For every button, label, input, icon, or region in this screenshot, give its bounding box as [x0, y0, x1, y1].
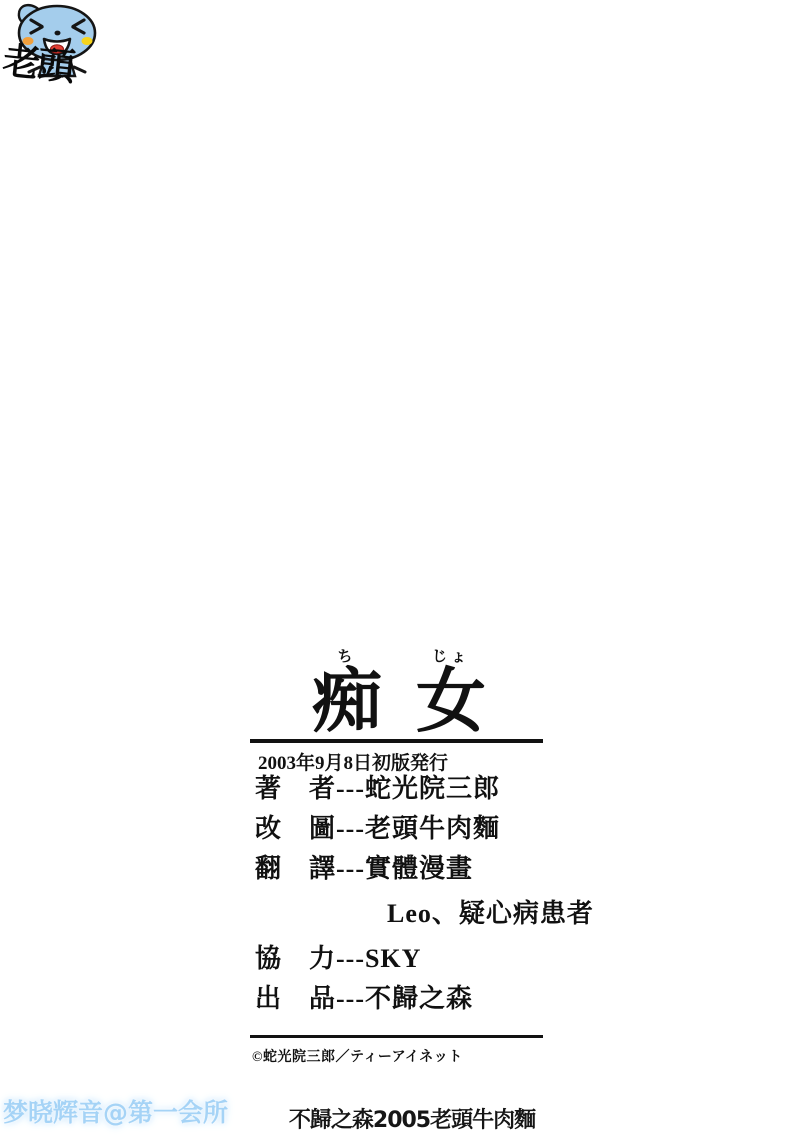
title-char-jo: 女 [416, 668, 486, 738]
credit-line-redraw: 改 圖---老頭牛肉麵 [255, 806, 594, 846]
furigana-chi: ち [337, 650, 356, 665]
book-title: ち 痴 じょ 女 [312, 650, 486, 738]
watermark-text: 梦晓辉音@第一会所 [3, 1093, 228, 1129]
credits-list: 著 者---蛇光院三郎 改 圖---老頭牛肉麵 翻 譯---實體漫畫 Leo、疑… [255, 766, 594, 1016]
copyright-line: ©蛇光院三郎／ティーアイネット [252, 1046, 463, 1066]
furigana-jo: じょ [432, 650, 470, 665]
title-char-chi: 痴 [312, 668, 382, 738]
laotou-mascot-logo: 老頭 [2, 0, 112, 108]
mascot-nose [55, 31, 61, 36]
scanned-colophon-page: 老頭 ち 痴 じょ 女 2003年9月8日初版発行 著 者---蛇光院三郎 改 … [0, 0, 800, 1138]
title-char-group-2: じょ 女 [416, 650, 486, 738]
copyright-divider [250, 1035, 543, 1038]
credit-line-translation: 翻 譯---實體漫畫 [255, 846, 594, 886]
title-char-group-1: ち 痴 [312, 650, 382, 738]
mascot-right-cheek [82, 37, 93, 45]
footer-release-text: 不歸之森2005老頭牛肉麵 [289, 1103, 535, 1134]
credit-line-assistance: 協 力---SKY [255, 936, 594, 976]
credit-line-translators: Leo、疑心病患者 [387, 891, 594, 931]
title-underline [250, 739, 543, 743]
credit-line-production: 出 品---不歸之森 [255, 976, 594, 1016]
logo-text: 老頭 [1, 42, 74, 86]
credit-line-author: 著 者---蛇光院三郎 [255, 766, 594, 806]
